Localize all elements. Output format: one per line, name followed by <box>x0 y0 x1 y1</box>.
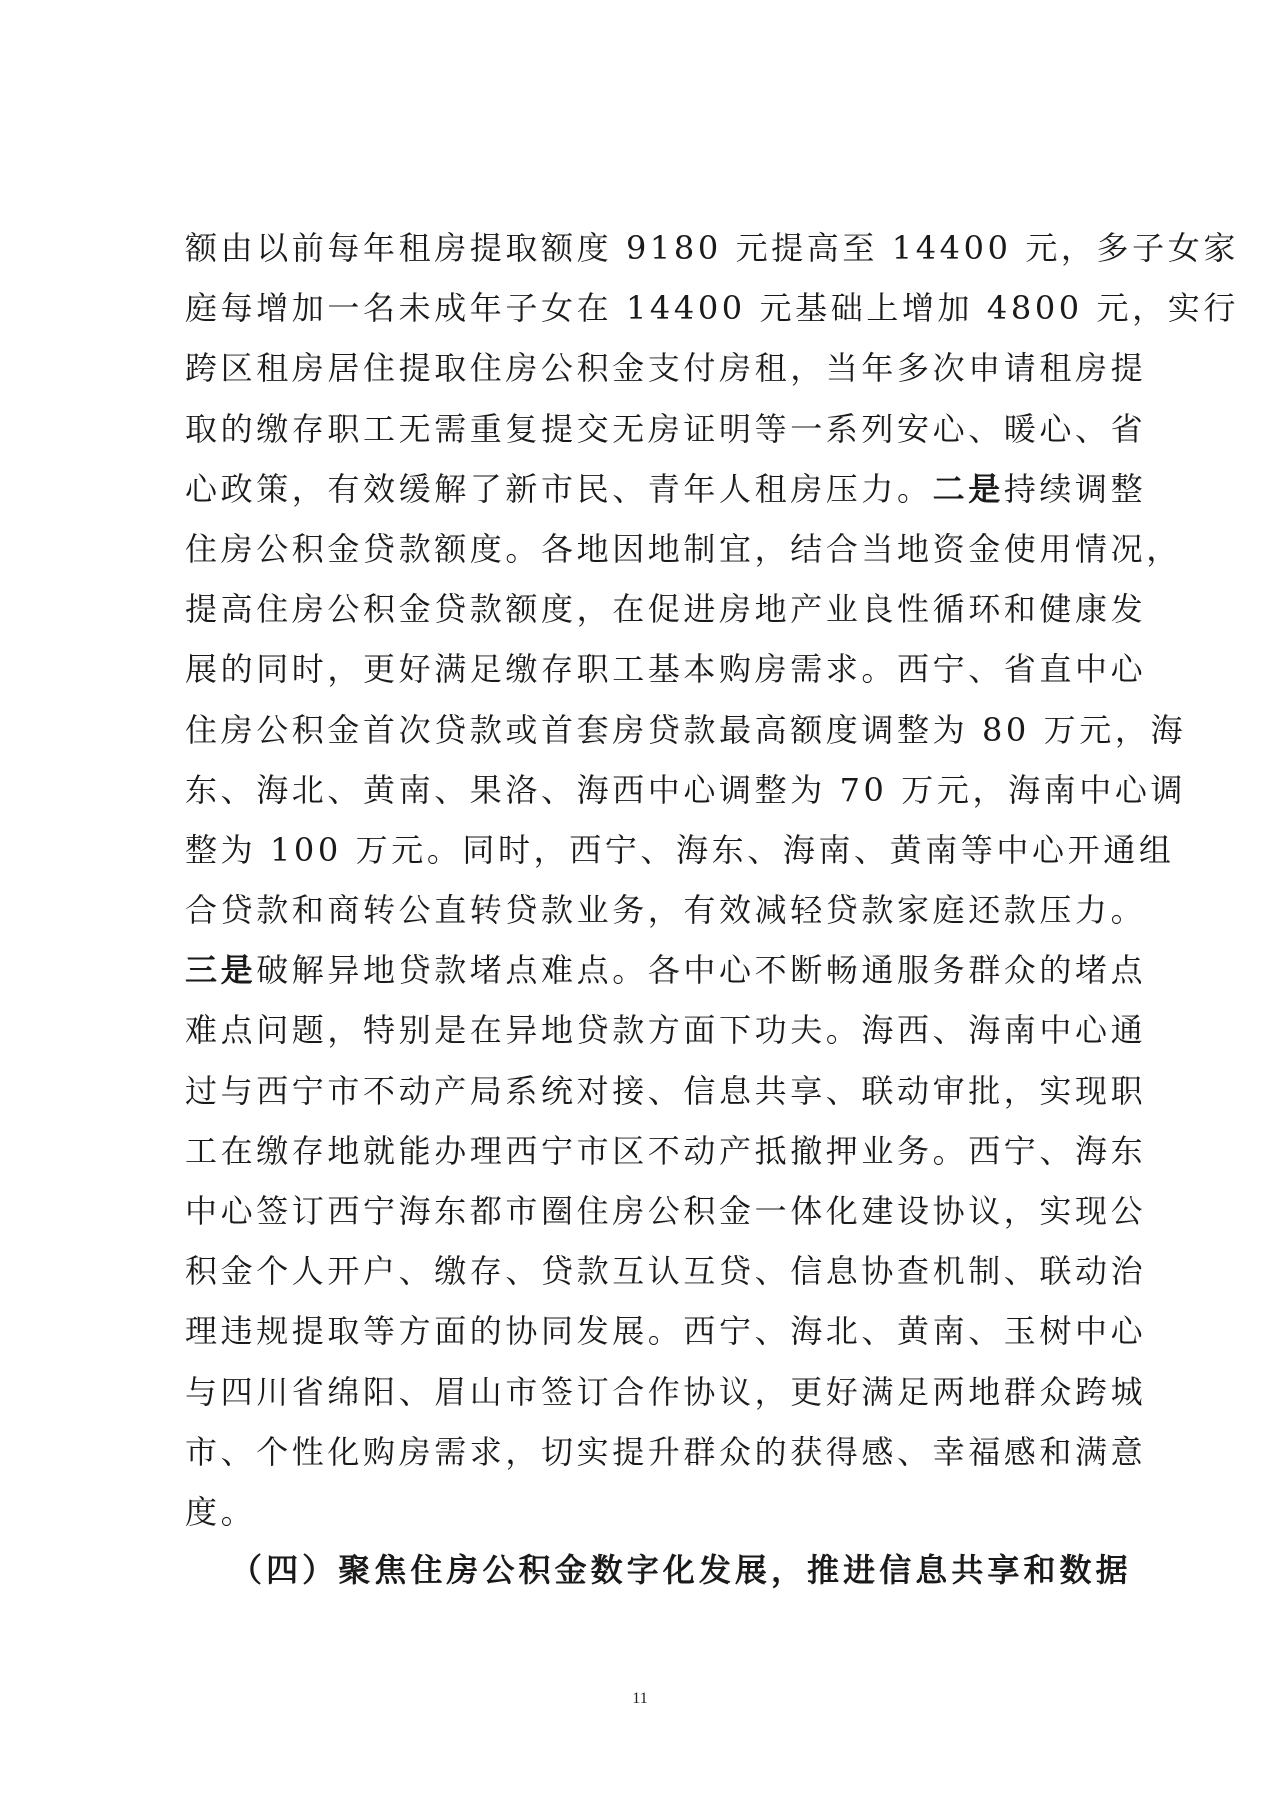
text-line: 理违规提取等方面的协同发展。西宁、海北、黄南、玉树中心 <box>185 1301 1130 1361</box>
text-line: 跨区租房居住提取住房公积金支付房租，当年多次申请租房提 <box>185 338 1130 398</box>
text-line: 合贷款和商转公直转贷款业务，有效减轻贷款家庭还款压力。 <box>185 880 1130 940</box>
text-line: 庭每增加一名未成年子女在 14400 元基础上增加 4800 元，实行 <box>185 278 1130 338</box>
bold-lead-in: 二是 <box>933 470 1004 508</box>
text-line: 难点问题，特别是在异地贷款方面下功夫。海西、海南中心通 <box>185 1000 1130 1060</box>
text-line: 市、个性化购房需求，切实提升群众的获得感、幸福感和满意 <box>185 1422 1130 1482</box>
text-line: 额由以前每年租房提取额度 9180 元提高至 14400 元，多子女家 <box>185 218 1130 278</box>
bold-lead-in: 三是 <box>185 951 256 989</box>
body-paragraph: 额由以前每年租房提取额度 9180 元提高至 14400 元，多子女家 庭每增加… <box>185 218 1130 1542</box>
text-line: 工在缴存地就能办理西宁市区不动产抵撤押业务。西宁、海东 <box>185 1121 1130 1181</box>
text-span: 持续调整 <box>1004 470 1146 508</box>
text-line: 提高住房公积金贷款额度，在促进房地产业良性循环和健康发 <box>185 579 1130 639</box>
text-line: 住房公积金首次贷款或首套房贷款最高额度调整为 80 万元，海 <box>185 700 1130 760</box>
text-line: 度。 <box>185 1482 1130 1542</box>
text-line: 三是破解异地贷款堵点难点。各中心不断畅通服务群众的堵点 <box>185 940 1130 1000</box>
text-line: 整为 100 万元。同时，西宁、海东、海南、黄南等中心开通组 <box>185 820 1130 880</box>
text-line: 心政策，有效缓解了新市民、青年人租房压力。二是持续调整 <box>185 459 1130 519</box>
text-line: 展的同时，更好满足缴存职工基本购房需求。西宁、省直中心 <box>185 639 1130 699</box>
text-line: 积金个人开户、缴存、贷款互认互贷、信息协查机制、联动治 <box>185 1241 1130 1301</box>
text-line: 中心签订西宁海东都市圈住房公积金一体化建设协议，实现公 <box>185 1181 1130 1241</box>
page-number: 11 <box>0 1690 1280 1708</box>
text-line: 与四川省绵阳、眉山市签订合作协议，更好满足两地群众跨城 <box>185 1362 1130 1422</box>
text-line: 住房公积金贷款额度。各地因地制宜，结合当地资金使用情况， <box>185 519 1130 579</box>
text-line: 过与西宁市不动产局系统对接、信息共享、联动审批，实现职 <box>185 1061 1130 1121</box>
text-line: 东、海北、黄南、果洛、海西中心调整为 70 万元，海南中心调 <box>185 760 1130 820</box>
document-page: 额由以前每年租房提取额度 9180 元提高至 14400 元，多子女家 庭每增加… <box>0 0 1280 1810</box>
text-span: 破解异地贷款堵点难点。各中心不断畅通服务群众的堵点 <box>256 951 1146 989</box>
section-heading: （四）聚焦住房公积金数字化发展，推进信息共享和数据 <box>185 1540 1130 1600</box>
text-line: 取的缴存职工无需重复提交无房证明等一系列安心、暖心、省 <box>185 399 1130 459</box>
text-span: 心政策，有效缓解了新市民、青年人租房压力。 <box>185 470 933 508</box>
